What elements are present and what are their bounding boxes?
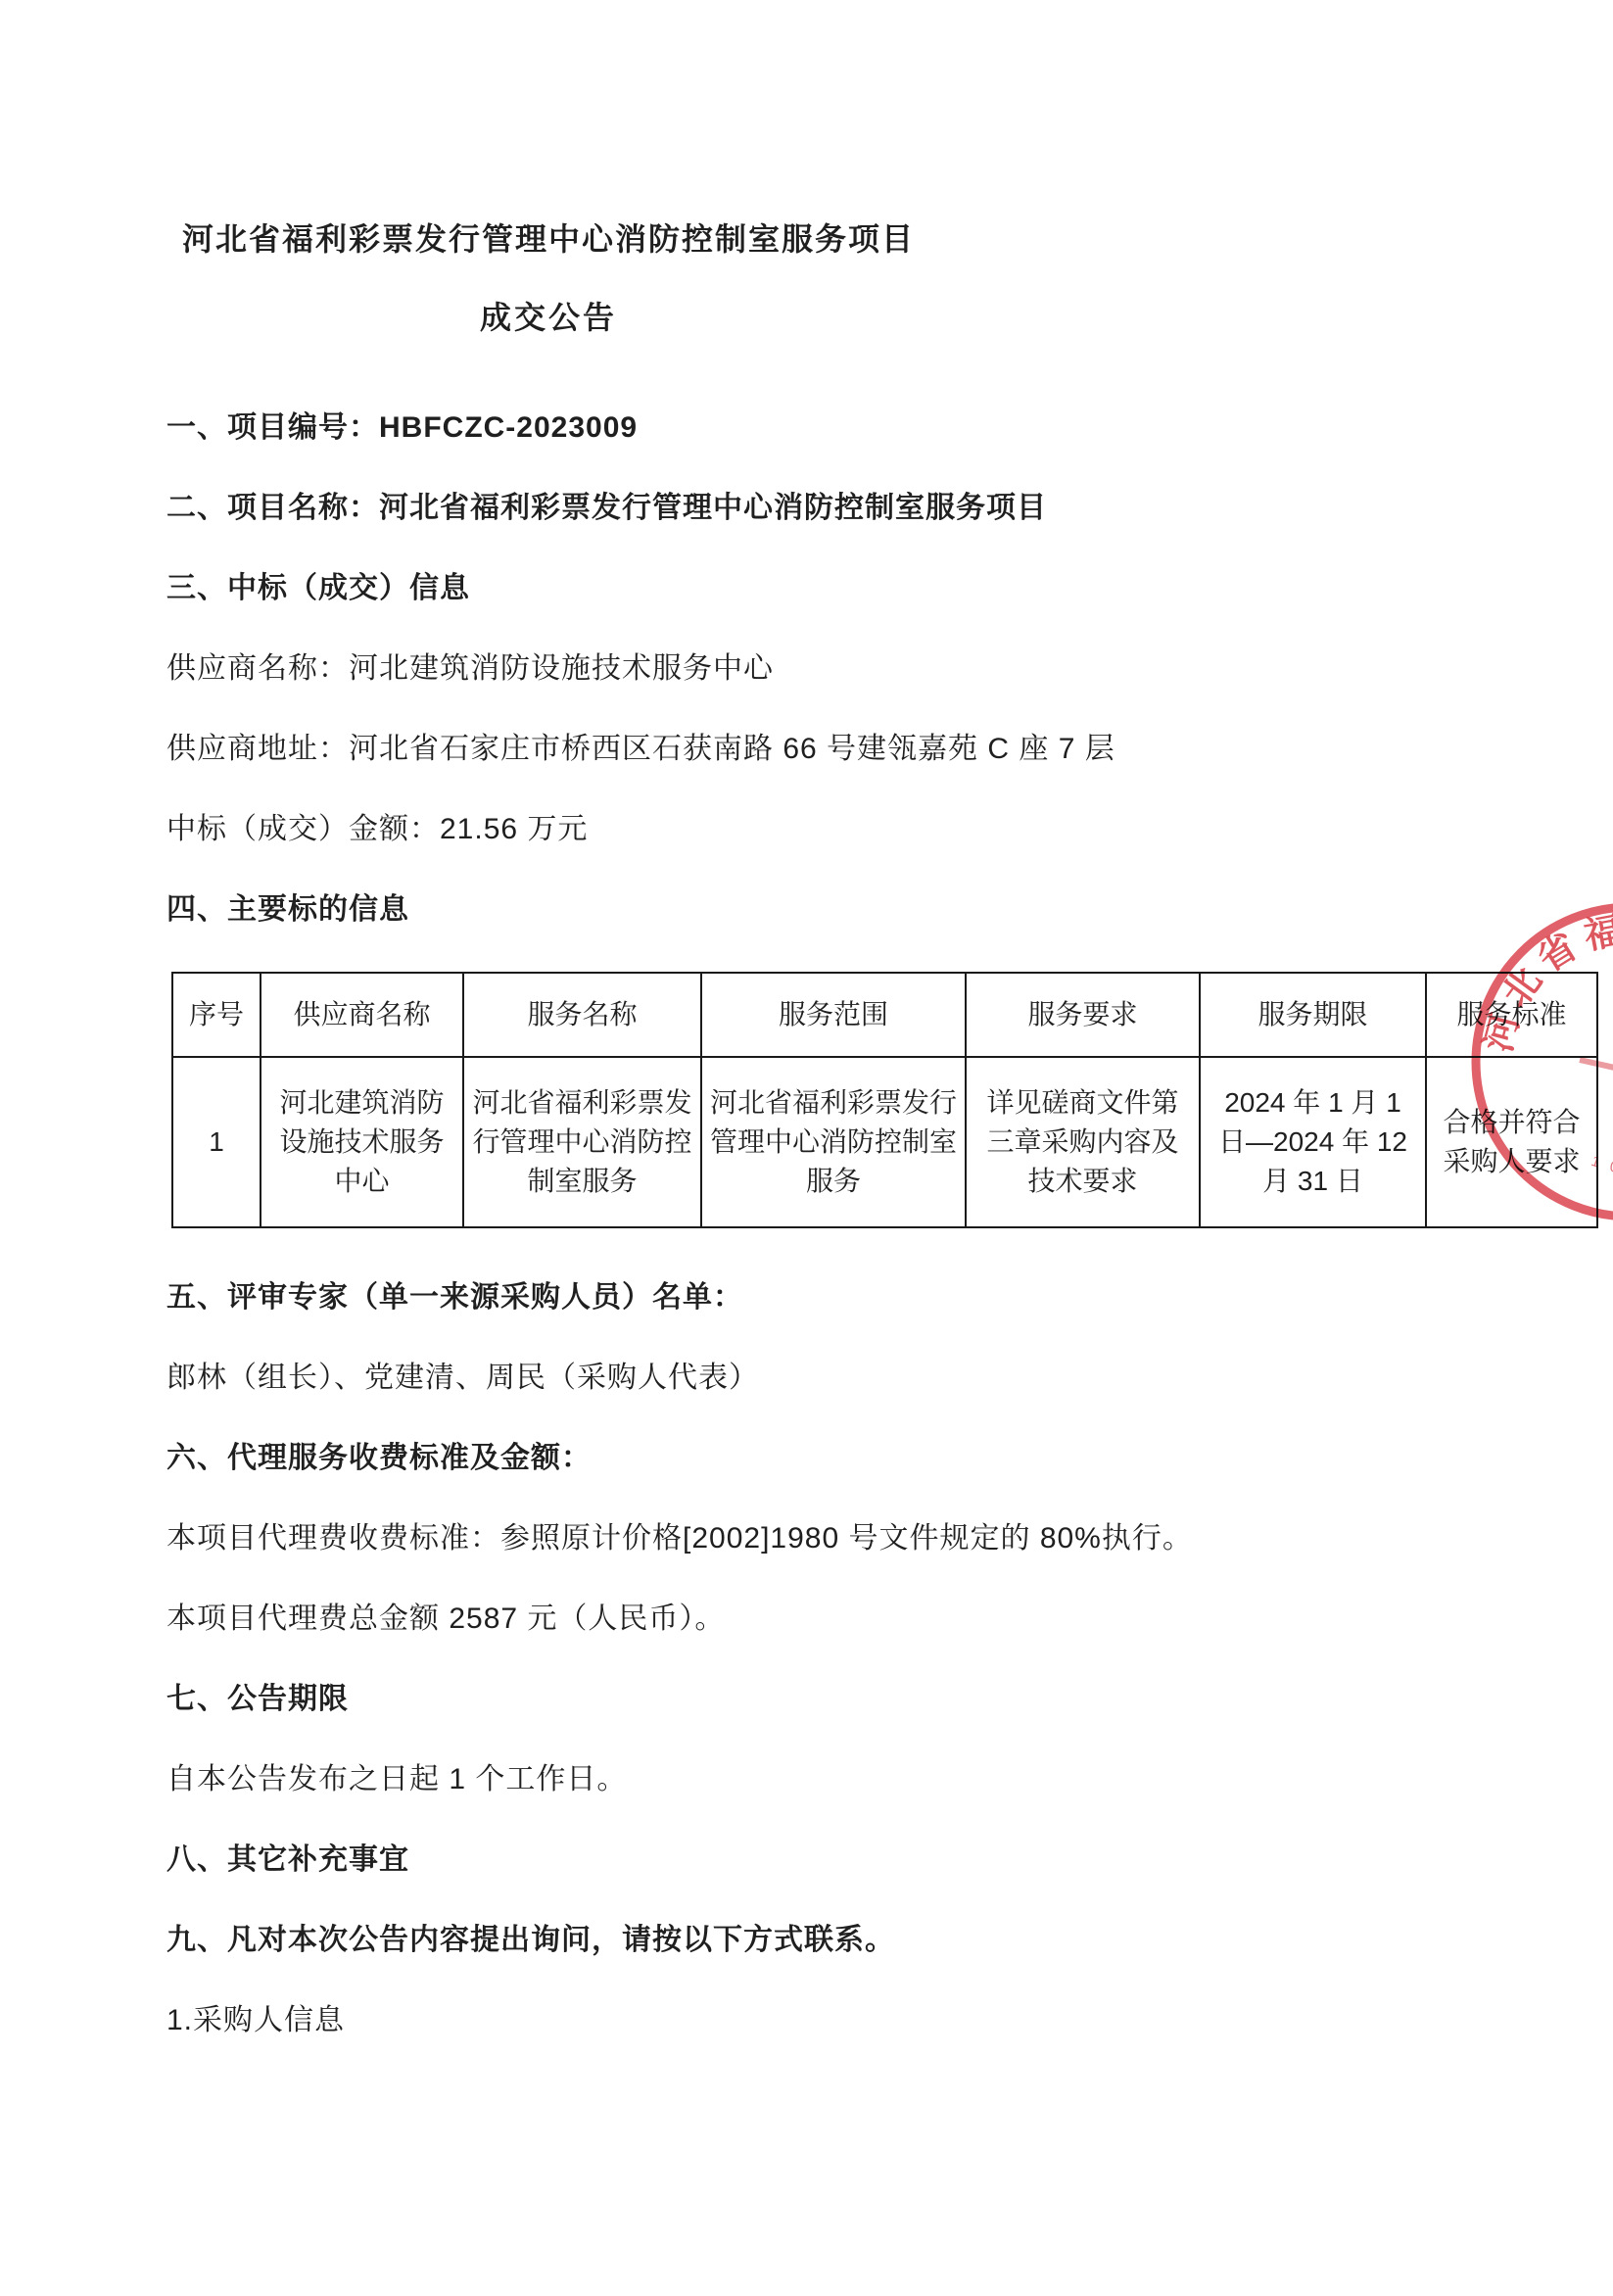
section-heading-other-matters: 八、其它补充事宜 bbox=[166, 1842, 1613, 1879]
table-cell-seq: 1 bbox=[172, 1057, 261, 1227]
table-header-seq: 序号 bbox=[172, 973, 261, 1057]
table-header-supplier: 供应商名称 bbox=[261, 973, 463, 1057]
document-title-line1: 河北省福利彩票发行管理中心消防控制室服务项目 bbox=[0, 217, 1097, 261]
supplier-name-line: 供应商名称：河北建筑消防设施技术服务中心 bbox=[166, 650, 1613, 688]
table-cell-service-name: 河北省福利彩票发行管理中心消防控制室服务 bbox=[463, 1057, 701, 1227]
section-heading-award-info: 三、中标（成交）信息 bbox=[166, 570, 1613, 607]
section-heading-notice-period: 七、公告期限 bbox=[166, 1681, 1613, 1718]
main-subject-table: 序号 供应商名称 服务名称 服务范围 服务要求 服务期限 服务标准 1 河北建筑… bbox=[171, 972, 1598, 1228]
table-cell-service-term: 2024 年 1 月 1 日—2024 年 12 月 31 日 bbox=[1200, 1057, 1426, 1227]
table-header-service-term: 服务期限 bbox=[1200, 973, 1426, 1057]
table-cell-service-req: 详见磋商文件第三章采购内容及技术要求 bbox=[966, 1057, 1200, 1227]
award-amount-line: 中标（成交）金额：21.56 万元 bbox=[166, 811, 1613, 848]
table-header-service-name: 服务名称 bbox=[463, 973, 701, 1057]
section-heading-agency-fee: 六、代理服务收费标准及金额： bbox=[166, 1440, 1613, 1477]
table-cell-supplier: 河北建筑消防设施技术服务中心 bbox=[261, 1057, 463, 1227]
document-body: 一、项目编号：HBFCZC-2023009 二、项目名称：河北省福利彩票发行管理… bbox=[0, 339, 1613, 2039]
agency-fee-total-line: 本项目代理费总金额 2587 元（人民币）。 bbox=[166, 1601, 1613, 1638]
table-header-service-scope: 服务范围 bbox=[701, 973, 966, 1057]
section-heading-experts: 五、评审专家（单一来源采购人员）名单： bbox=[166, 1279, 1613, 1316]
table-header-service-standard: 服务标准 bbox=[1426, 973, 1597, 1057]
table-cell-service-standard: 合格并符合采购人要求 bbox=[1426, 1057, 1597, 1227]
table-cell-service-scope: 河北省福利彩票发行管理中心消防控制室服务 bbox=[701, 1057, 966, 1227]
document-page: 河北省福利彩票发行管理中心消防控制室服务项目 成交公告 一、项目编号：HBFCZ… bbox=[0, 0, 1613, 2296]
section-heading-contact: 九、凡对本次公告内容提出询问，请按以下方式联系。 bbox=[166, 1922, 1613, 1959]
supplier-address-line: 供应商地址：河北省石家庄市桥西区石获南路 66 号建瓴嘉苑 C 座 7 层 bbox=[166, 731, 1613, 768]
section-heading-main-subject: 四、主要标的信息 bbox=[166, 891, 1613, 929]
notice-period-line: 自本公告发布之日起 1 个工作日。 bbox=[166, 1761, 1613, 1798]
table-header-row: 序号 供应商名称 服务名称 服务范围 服务要求 服务期限 服务标准 bbox=[172, 973, 1597, 1057]
title-block: 河北省福利彩票发行管理中心消防控制室服务项目 成交公告 bbox=[0, 0, 1097, 339]
table-header-service-req: 服务要求 bbox=[966, 973, 1200, 1057]
purchaser-info-line: 1.采购人信息 bbox=[166, 2002, 1613, 2039]
agency-fee-standard-line: 本项目代理费收费标准：参照原计价格[2002]1980 号文件规定的 80%执行… bbox=[166, 1520, 1613, 1557]
table-row: 1 河北建筑消防设施技术服务中心 河北省福利彩票发行管理中心消防控制室服务 河北… bbox=[172, 1057, 1597, 1227]
document-title-line2: 成交公告 bbox=[0, 296, 1097, 339]
experts-list-line: 郎林（组长）、党建清、周民（采购人代表） bbox=[166, 1360, 1613, 1397]
section-heading-project-number: 一、项目编号：HBFCZC-2023009 bbox=[166, 409, 1613, 447]
section-heading-project-name: 二、项目名称：河北省福利彩票发行管理中心消防控制室服务项目 bbox=[166, 490, 1613, 527]
